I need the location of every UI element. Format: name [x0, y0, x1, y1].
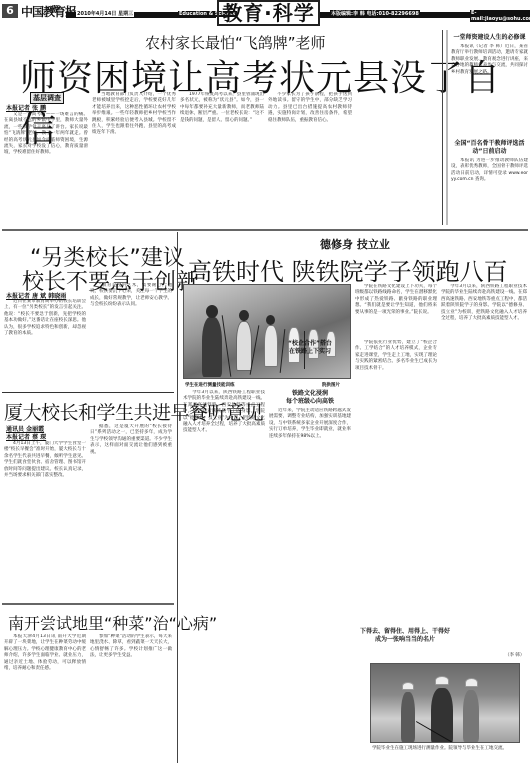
xiamen-column-2: 据悉，这是厦大开展的“校长接待日”系列活动之一，已坚持多年，成为学生与学校领导沟… — [90, 424, 172, 603]
nankai-column-1: 本报天津4月13日讯 南开大学近期开辟了一块菜地，让学生在种菜劳动中缓解心理压力… — [4, 634, 86, 760]
page-number: 6 — [2, 4, 18, 18]
sidebar-divider — [442, 30, 443, 225]
bottom-photo-caption: 学院毕业生在施工现场进行测量作业。院领导与毕业生在工地交流。 — [372, 745, 522, 751]
nankai-column-2: 参加“种菜”活动的学生表示，每天来地里浇水、除草，看到蔬菜一天天长大，心情舒畅了… — [90, 634, 172, 760]
lead-column-1: 又是一年高考时——一场难言的痛。在离县城不远的乡镇中学里，教师大量外流，一些教学… — [4, 112, 88, 227]
feature-photo-caption: 学生在进行测量技能训练 — [185, 382, 235, 388]
xiamen-column-1: 4月13日上午，厦门大学学生食堂一楼“校长早餐会”准时开始，厦大校长与十余名学生… — [4, 441, 86, 603]
lead-column-2: 当地教育部门负责人介绍，一个优秀老师被城里学校挖走后，学校要花好几年才能培养出来… — [92, 92, 176, 227]
bottom-photo — [370, 663, 520, 743]
sidebar-subhead: 全国“百名骨干教师评选活动”日前启动 — [451, 140, 528, 156]
section-title: 教育·科学 — [217, 0, 320, 26]
sidebar-text: 本报讯（记者 李 韩）近日，某省教育厅举行教师培训活动，邀请专家就教师职业发展、… — [451, 44, 528, 134]
feature-subhead-3: 下得去、留得住、用得上、干得好 成为一张响当当的名片 — [355, 628, 455, 644]
feature-end-tag: （李 韩） — [505, 652, 524, 658]
feature-column-3: 学院在铁路文化建设上下功夫，每个班级都以铁路线路命名，学生在潜移默化中形成了热爱… — [355, 284, 437, 339]
principal-headline-1: “另类校长”建议 — [30, 247, 185, 271]
lead-column-3: 1977年恢复高考以来，县里曾涌现出多名状元，被称为“状元县”。如今，县一中每年… — [180, 92, 264, 227]
feature-subhead-2: “校企合作”搭台 在铁路上下实习 — [269, 340, 351, 356]
feature-column-2: 近年来，学院主动适应铁路跨越式发展需要，调整专业结构，加强实训基地建设，与中铁系… — [269, 408, 351, 760]
issue-date: 2010年4月14日 星期三 — [76, 10, 134, 17]
feature-column-4: 今年3月以来，陕西铁路工程职业技术学院的毕业生陆续奔赴高铁建设一线。在郑西高速铁… — [441, 284, 527, 628]
sidebar-title: 一堂师资建设人生的必修课 — [451, 34, 528, 42]
feature-subhead-1: 铁路文化浸润 每个班级心向高铁 — [269, 390, 351, 406]
email: E-mail:jiaoyu@sohu.com — [470, 10, 530, 22]
divider — [2, 603, 174, 605]
principal-column-2: “教育是慢的艺术，需要耐心。”他说，校长要沉下心来，关注每一个学生的成长，做好常… — [90, 283, 172, 387]
decorative-slashes: //// — [50, 4, 57, 15]
feature-kicker: 德修身 技立业 — [320, 236, 390, 252]
feature-column-3b: 学院依托行业优势，建立了“校企合作、工学结合”的人才培养模式，企业专家走进课堂，… — [355, 340, 437, 628]
lead-byline: 本报记者 张 鹏 — [6, 103, 46, 112]
sidebar-box: 一堂师资建设人生的必修课 本报讯（记者 李 韩）近日，某省教育厅举行教师培训活动… — [446, 30, 528, 225]
feature-photo — [183, 284, 351, 379]
editor-info: 本版编辑:李 韩 电话:010-82296698 — [330, 10, 420, 17]
lead-column-4: 不少家长为了孩子前程，把孩子送到外地读书。留守的学生中，部分缺乏学习动力。县里已… — [268, 92, 352, 227]
principal-column-1: 近日在某市教育局举办的校长培训会上，有一位“另类校长”的发言引起关注。他说：“校… — [4, 299, 86, 387]
xiamen-byline-2: 本报记者 蔡 琛 — [6, 432, 46, 441]
section-divider — [2, 229, 528, 231]
feature-column-1: 今年3月以来，陕西铁路工程职业技术学院的毕业生陆续奔赴高铁建设一线。在郑西高速铁… — [183, 390, 265, 760]
feature-photo-credit: 院供图片 — [322, 382, 340, 388]
divider — [2, 392, 174, 393]
column-divider — [177, 232, 178, 763]
sidebar-text-2: 本报讯 为进一步推动教师队伍建设，表彰优秀教师，全国骨干教师评选活动日前启动，详… — [451, 158, 528, 218]
